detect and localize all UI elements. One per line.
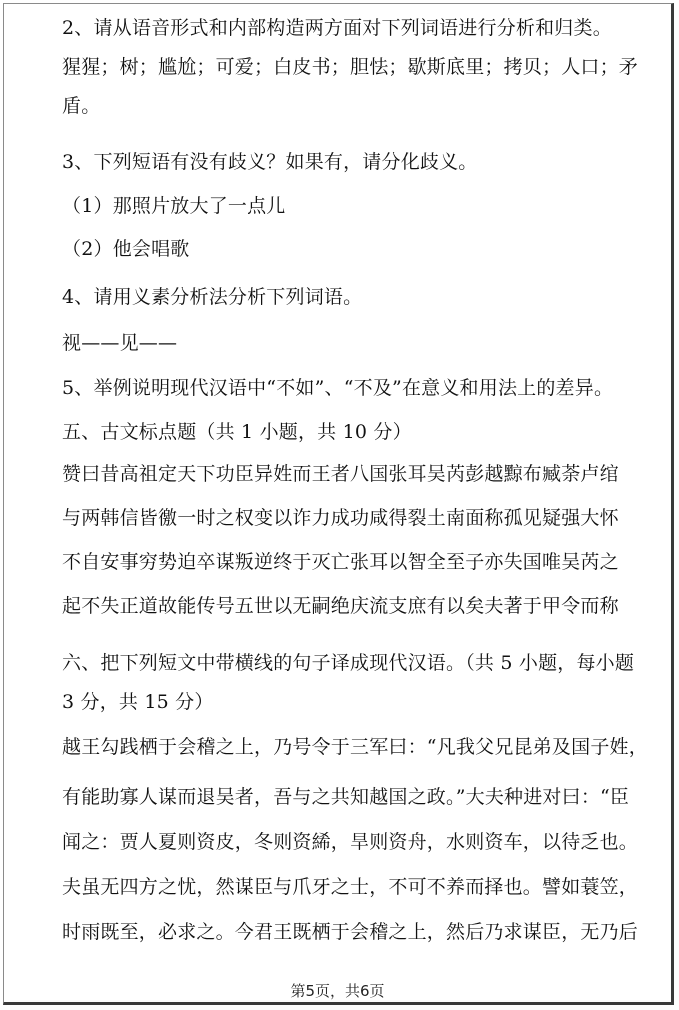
classical-text-line-3: 不自安事穷势迫卒谋叛逆终于灭亡张耳以智全至子亦失国唯吴芮之 [62,550,619,574]
passage-line-4: 夫虽无四方之忧，然谋臣与爪牙之士，不可不养而择也。譬如蓑笠， [62,875,638,899]
classical-text-line-2: 与两韩信皆徼一时之权变以诈力成功咸得裂土南面称孤见疑强大怀 [62,506,619,530]
passage-line-1: 越王勾践栖于会稽之上，乃号令于三军曰：“凡我父兄昆弟及国子姓， [62,735,648,759]
question-5-prompt: 5、举例说明现代汉语中“不如”、“不及”在意义和用法上的差异。 [62,376,613,400]
question-2-prompt: 2、请从语音形式和内部构造两方面对下列词语进行分析和归类。 [62,16,612,40]
passage-line-5: 时雨既至，必求之。今君王既栖于会稽之上，然后乃求谋臣，无乃后 [62,920,638,944]
question-4-prompt: 4、请用义素分析法分析下列词语。 [62,285,362,309]
section-6-heading-line-2: 3 分，共 15 分） [62,690,214,714]
classical-text-line-1: 赞曰昔高祖定天下功臣异姓而王者八国张耳吴芮彭越黥布臧荼卢绾 [62,462,619,486]
page-number-footer: 第5页，共6页 [4,980,671,1001]
question-3-prompt: 3、下列短语有没有歧义？如果有，请分化歧义。 [62,150,478,174]
question-2-words-line-1: 猩猩；树；尴尬；可爱；白皮书；胆怯；歇斯底里；拷贝；人口；矛 [62,55,638,79]
passage-line-2: 有能助寡人谋而退吴者，吾与之共知越国之政。”大夫种进对曰：“臣 [62,785,629,809]
question-2-words-line-2: 盾。 [62,94,100,118]
section-5-heading: 五、古文标点题（共 1 小题，共 10 分） [62,420,412,444]
question-4-words: 视——见—— [62,331,177,355]
classical-text-line-4: 起不失正道故能传号五世以无嗣绝庆流支庶有以矣夫著于甲令而称 [62,594,619,618]
passage-line-3: 闻之：贾人夏则资皮，冬则资絺，旱则资舟，水则资车，以待乏也。 [62,830,638,854]
question-3-item-2: （2）他会唱歌 [62,237,190,261]
document-page: 2、请从语音形式和内部构造两方面对下列词语进行分析和归类。 猩猩；树；尴尬；可爱… [3,3,674,1005]
question-3-item-1: （1）那照片放大了一点儿 [62,194,286,218]
section-6-heading-line-1: 六、把下列短文中带横线的句子译成现代汉语。（共 5 小题，每小题 [62,651,634,675]
